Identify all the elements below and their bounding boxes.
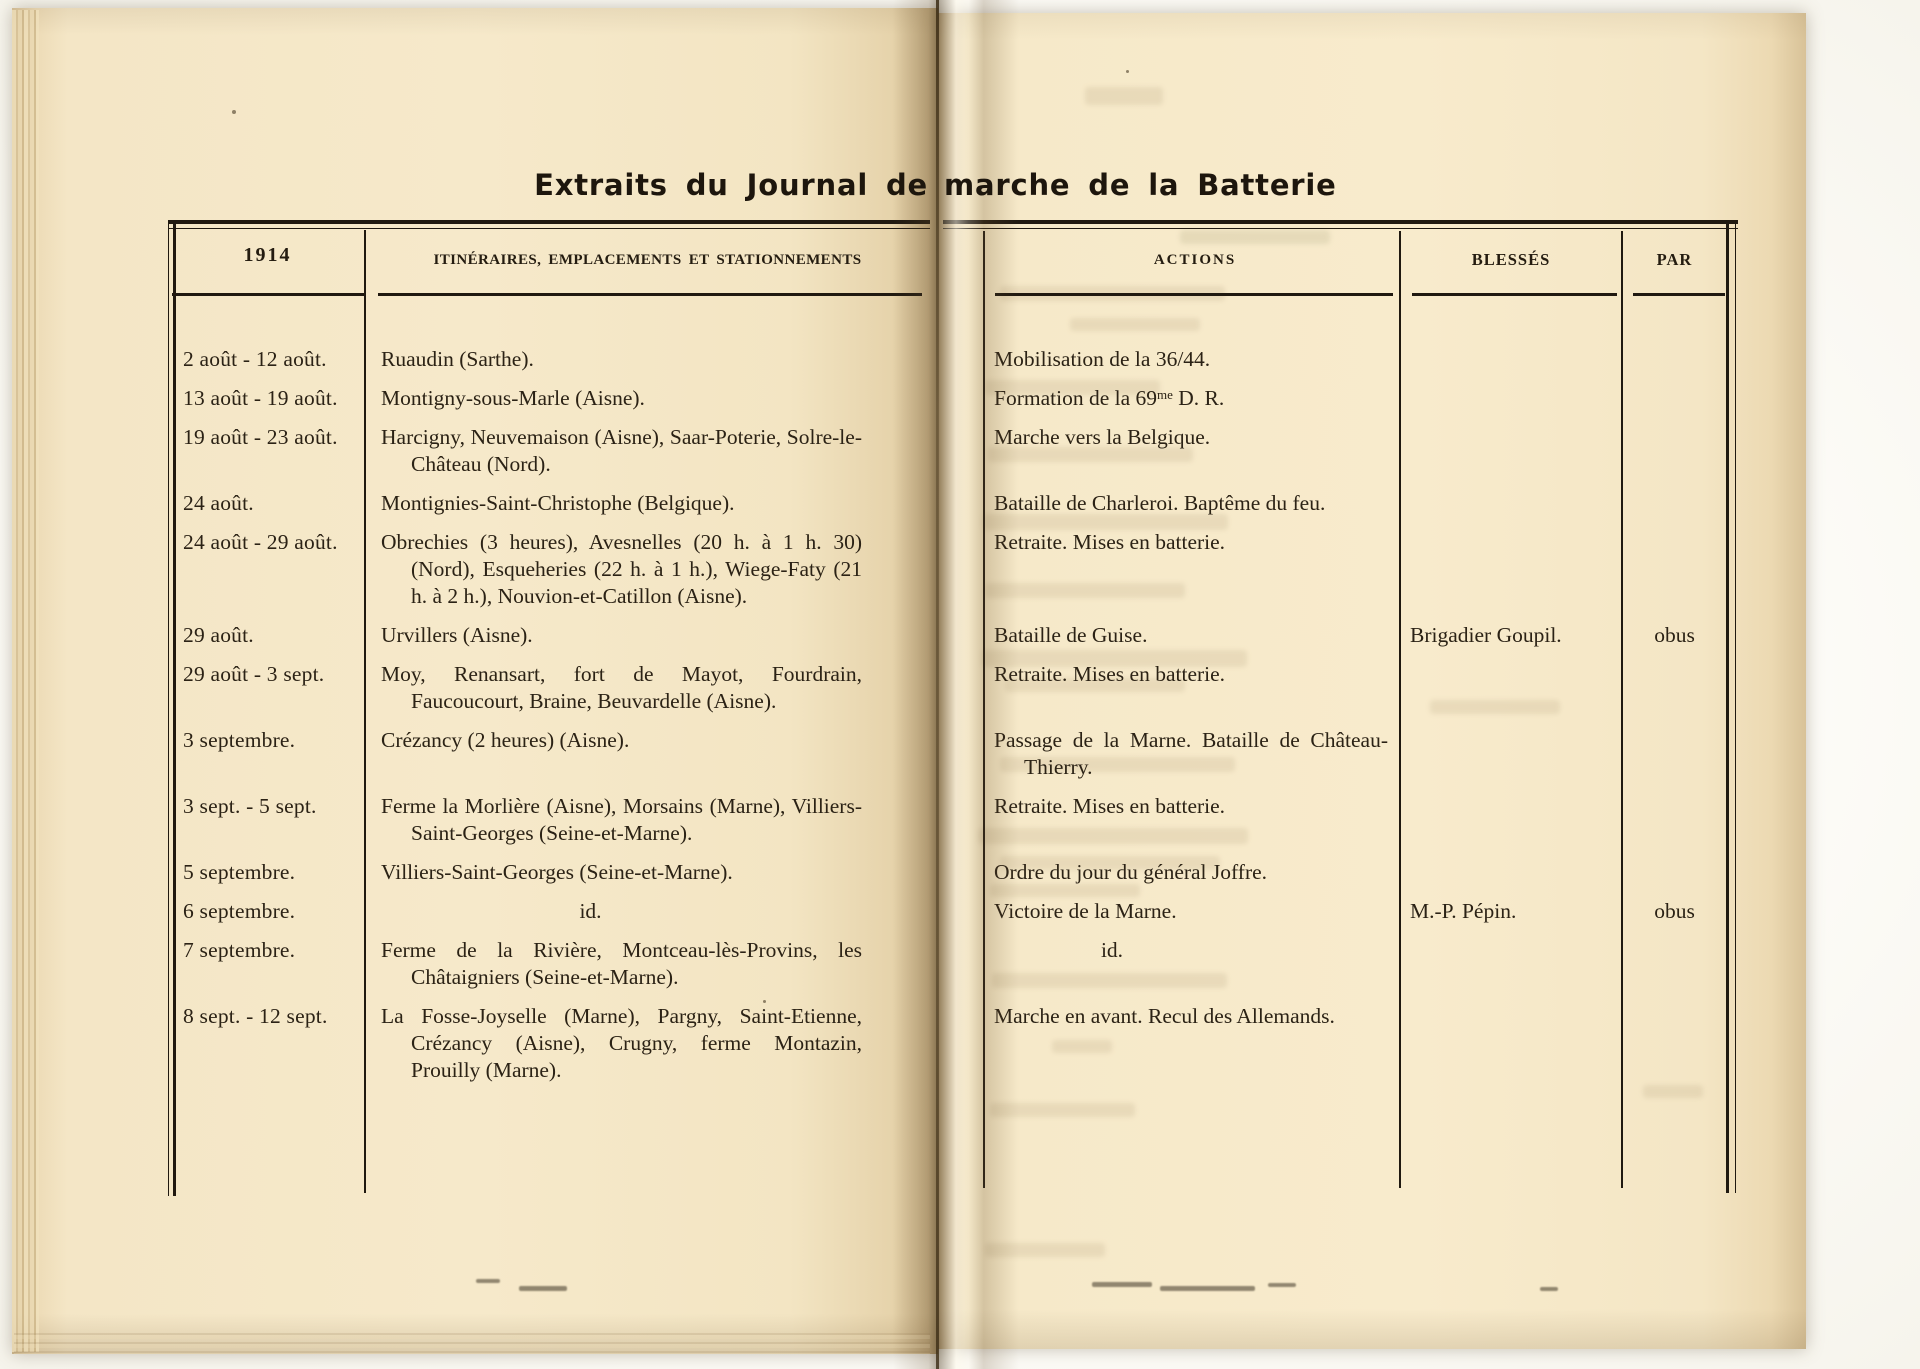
header-underline [172,293,366,296]
cell-par: obus [1622,898,1727,925]
cell-date: 29 août - 3 sept. [170,661,365,715]
cell-par [1622,424,1727,478]
cell-gutter [930,859,990,886]
cell-action: Marche vers la Belgique. [990,424,1400,478]
cell-gutter [930,346,990,373]
cell-par [1622,490,1727,517]
table-row: 3 sept. - 5 sept.Ferme la Morlière (Aisn… [170,793,1727,847]
cell-date: 3 sept. - 5 sept. [170,793,365,847]
cell-date: 5 septembre. [170,859,365,886]
cell-itineraire: Montignies-Saint-Christophe (Belgique). [365,490,930,517]
header-underline [995,293,1393,296]
cell-itineraire: Crézancy (2 heures) (Aisne). [365,727,930,781]
cell-action: Passage de la Marne. Bataille de Château… [990,727,1400,781]
cell-gutter [930,661,990,715]
cell-gutter [930,727,990,781]
cell-action: Retraite. Mises en batterie. [990,529,1400,610]
cell-blesse: M.-P. Pépin. [1400,898,1622,925]
table-row: 8 sept. - 12 sept.La Fosse-Joyselle (Mar… [170,1003,1727,1084]
header-underline [1412,293,1617,296]
cell-blesse [1400,385,1622,412]
table-row: 6 septembre.id.Victoire de la Marne.M.-P… [170,898,1727,925]
cell-date: 24 août. [170,490,365,517]
table-row: 5 septembre.Villiers-Saint-Georges (Sein… [170,859,1727,886]
cell-gutter [930,529,990,610]
cell-par [1622,727,1727,781]
cell-blesse [1400,937,1622,991]
table-row: 29 août.Urvillers (Aisne).Bataille de Gu… [170,622,1727,649]
col-header-par: PAR [1622,250,1727,270]
cell-blesse [1400,346,1622,373]
cell-itineraire: Harcigny, Neuvemaison (Aisne), Saar-Pote… [365,424,930,478]
table-rows: 2 août - 12 août.Ruaudin (Sarthe).Mobili… [170,346,1727,1096]
cell-itineraire: id. [365,898,930,925]
cell-action: id. [990,937,1400,991]
cell-action: Ordre du jour du général Joffre. [990,859,1400,886]
cell-date: 24 août - 29 août. [170,529,365,610]
cell-par [1622,529,1727,610]
cell-itineraire: Ferme la Morlière (Aisne), Morsains (Mar… [365,793,930,847]
table-row: 7 septembre.Ferme de la Rivière, Montcea… [170,937,1727,991]
cell-blesse [1400,793,1622,847]
cell-par: obus [1622,622,1727,649]
col-header-itineraires: ITINÉRAIRES, EMPLACEMENTS ET STATIONNEME… [365,252,930,269]
journal-table: 1914 ITINÉRAIRES, EMPLACEMENTS ET STATIO… [0,0,1920,1369]
table-border-right [1735,223,1736,1193]
table-row: 24 août - 29 août.Obrechies (3 heures), … [170,529,1727,610]
table-border-top [168,228,930,229]
col-header-blesses: BLESSÉS [1400,250,1622,270]
cell-gutter [930,424,990,478]
cell-par [1622,937,1727,991]
cell-itineraire: Montigny-sous-Marle (Aisne). [365,385,930,412]
cell-blesse [1400,1003,1622,1084]
cell-blesse [1400,490,1622,517]
cell-date: 6 septembre. [170,898,365,925]
cell-blesse [1400,661,1622,715]
cell-date: 19 août - 23 août. [170,424,365,478]
cell-gutter [930,490,990,517]
table-row: 13 août - 19 août.Montigny-sous-Marle (A… [170,385,1727,412]
cell-itineraire: Ruaudin (Sarthe). [365,346,930,373]
cell-par [1622,859,1727,886]
cell-action: Marche en avant. Recul des Alle­mands. [990,1003,1400,1084]
cell-action: Bataille de Charleroi. Baptême du feu. [990,490,1400,517]
cell-blesse [1400,424,1622,478]
table-border-top [943,220,1738,224]
cell-itineraire: Ferme de la Rivière, Montceau-lès-Provin… [365,937,930,991]
cell-par [1622,1003,1727,1084]
cell-blesse [1400,859,1622,886]
cell-itineraire: Villiers-Saint-Georges (Seine-et-Marne). [365,859,930,886]
cell-gutter [930,622,990,649]
table-border-top [168,220,930,224]
table-row: 19 août - 23 août.Harcigny, Neuvemaison … [170,424,1727,478]
page-title-left: Extraits du Journal de [170,168,928,202]
cell-date: 3 septembre. [170,727,365,781]
table-row: 29 août - 3 sept.Moy, Renansart, fort de… [170,661,1727,715]
cell-itineraire: Obrechies (3 heures), Avesnelles (20 h. … [365,529,930,610]
cell-gutter [930,1003,990,1084]
cell-action: Formation de la 69me D. R. [990,385,1400,412]
book-scan: Extraits du Journal de marche de la Batt… [0,0,1920,1369]
cell-par [1622,346,1727,373]
header-underline [1633,293,1725,296]
page-title-right: marche de la Batterie [944,168,1337,202]
col-header-actions: ACTIONS [990,252,1400,269]
cell-gutter [930,793,990,847]
cell-date: 29 août. [170,622,365,649]
cell-date: 8 sept. - 12 sept. [170,1003,365,1084]
cell-blesse [1400,529,1622,610]
cell-itineraire: Urvillers (Aisne). [365,622,930,649]
cell-itineraire: Moy, Renansart, fort de Mayot, Fourdrain… [365,661,930,715]
cell-date: 2 août - 12 août. [170,346,365,373]
table-row: 3 septembre.Crézancy (2 heures) (Aisne).… [170,727,1727,781]
cell-itineraire: La Fosse-Joyselle (Marne), Pargny, Saint… [365,1003,930,1084]
cell-par [1622,793,1727,847]
cell-date: 13 août - 19 août. [170,385,365,412]
table-row: 2 août - 12 août.Ruaudin (Sarthe).Mobili… [170,346,1727,373]
header-underline [378,293,922,296]
cell-action: Retraite. Mises en batterie. [990,661,1400,715]
cell-blesse: Brigadier Goupil. [1400,622,1622,649]
cell-par [1622,661,1727,715]
cell-par [1622,385,1727,412]
cell-action: Victoire de la Marne. [990,898,1400,925]
table-row: 24 août.Montignies-Saint-Christophe (Bel… [170,490,1727,517]
cell-action: Mobilisation de la 36/44. [990,346,1400,373]
cell-action: Bataille de Guise. [990,622,1400,649]
cell-gutter [930,937,990,991]
table-border-top [943,228,1738,229]
cell-action: Retraite. Mises en batterie. [990,793,1400,847]
cell-gutter [930,385,990,412]
cell-gutter [930,898,990,925]
col-header-year: 1914 [170,244,365,267]
cell-date: 7 septembre. [170,937,365,991]
cell-blesse [1400,727,1622,781]
